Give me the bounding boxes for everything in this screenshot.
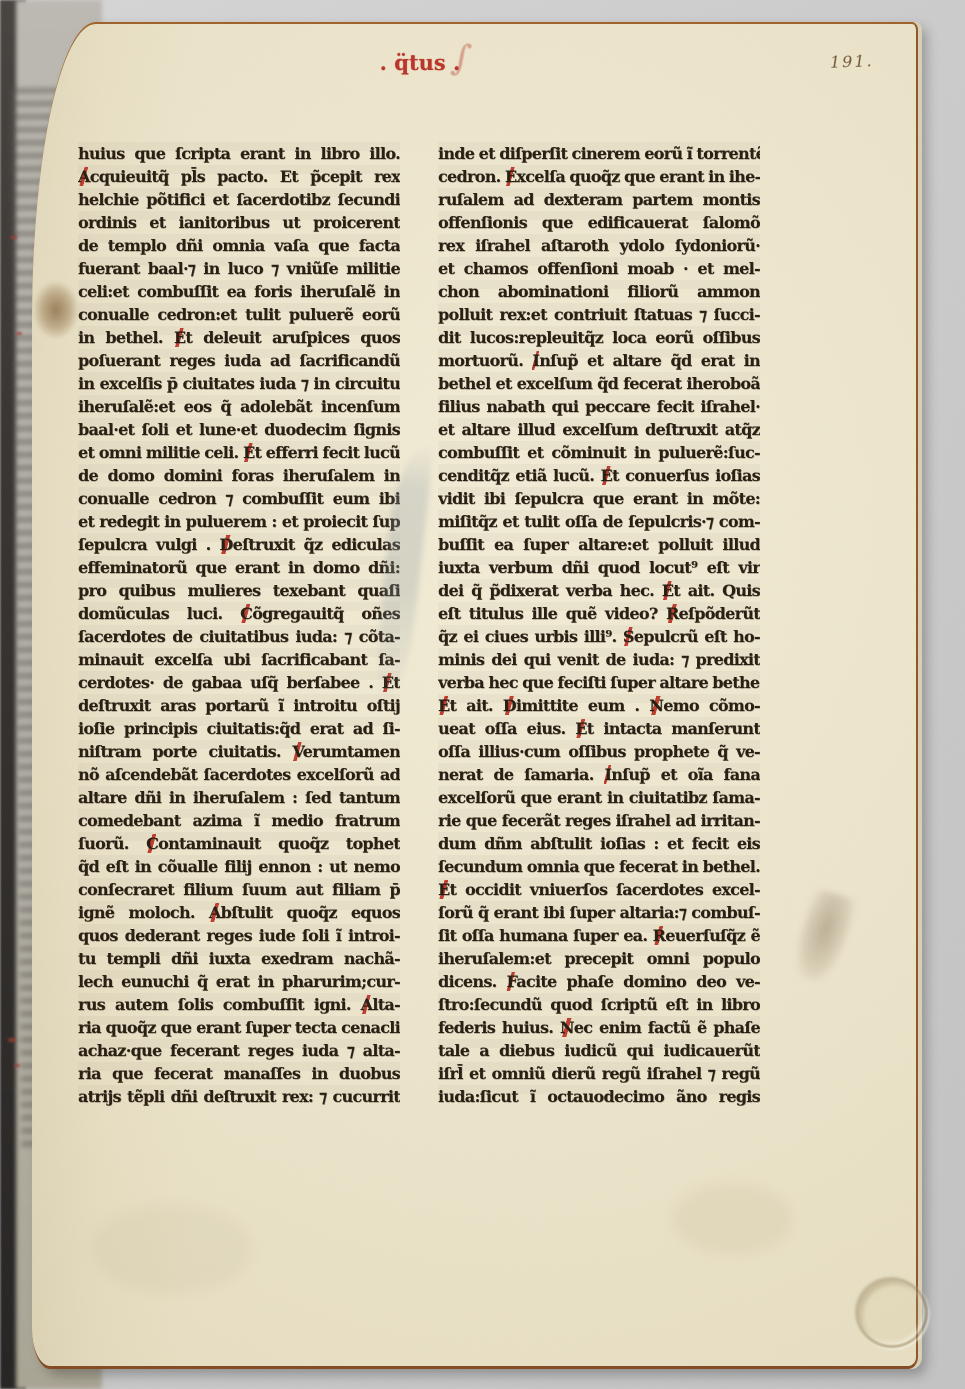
text-line: dei q̃ p̃dixerat verba hec. Et ait. Quis: [438, 579, 760, 602]
text-line: rie que fecerãt reges iſrahel ad irritan…: [438, 809, 760, 832]
text-line: miſitq̃z et tulit oſſa de ſepulcris·⁊ co…: [438, 510, 760, 533]
text-line: ignẽ moloch. Abſtulit quoq̃z equos: [78, 901, 400, 924]
text-line: iheruſalem:et precepit omni populo: [438, 947, 760, 970]
text-line: effeminatorũ que erant in domo dñi:: [78, 556, 400, 579]
rubricated-initial: S: [623, 627, 634, 646]
rubricated-initial: R: [653, 926, 666, 945]
text-line: cenditq̃z etiã lucũ. Et conuerſus ioſias: [438, 464, 760, 487]
rubricated-initial: E: [438, 880, 450, 899]
text-line: federis huius. Nec enim factũ ẽ phaſe: [438, 1016, 760, 1039]
rubricated-initial: E: [438, 696, 450, 715]
red-fleck: [14, 1064, 20, 1067]
text-line: nõ aſcendebãt ſacerdotes excelſorũ ad: [78, 763, 400, 786]
rubricated-initial: I: [532, 351, 539, 370]
text-line: pro quibus mulieres texebant quaſi: [78, 579, 400, 602]
text-line: buſſit ea ſuper altare:et polluit illud: [438, 533, 760, 556]
rubricated-initial: D: [503, 696, 516, 715]
text-line: q̃d eſt in cõualle filij ennon : ut nemo: [78, 855, 400, 878]
text-line: bethel et excelſum q̃d fecerat iheroboã: [438, 372, 760, 395]
text-line: rex iſrahel aſtaroth ydolo ſydoniorũ·: [438, 234, 760, 257]
rubricated-initial: E: [662, 581, 674, 600]
text-line: Et ait. Dimittite eum . Nemo cõmo-: [438, 694, 760, 717]
text-line: ioſie principis ciuitatis:q̃d erat ad ſi…: [78, 717, 400, 740]
vellum-page: . q̈tus . ∫ 191. huius que ſcripta erant…: [32, 22, 918, 1369]
text-line: conualle cedron:et tulit puluerẽ eorũ: [78, 303, 400, 326]
text-line: nerat de ſamaria. Inſup̃ et oĩa fana: [438, 763, 760, 786]
rubricated-initial: C: [240, 604, 252, 623]
text-line: eſt titulus ille quẽ video? Reſpõderũt: [438, 602, 760, 625]
text-line: iuda:ſicut ĩ octauodecimo ãno regis: [438, 1085, 760, 1108]
text-line: ſepulcra vulgi . Deſtruxit q̃z ediculas: [78, 533, 400, 556]
faint-stain: [672, 1184, 792, 1254]
text-line: celi:et combuſſit ea foris iheruſalẽ in: [78, 280, 400, 303]
text-line: offenſionis que edificauerat ſalomõ: [438, 211, 760, 234]
text-line: dit lucos:repleuitq̃z loca eorũ oſſibus: [438, 326, 760, 349]
text-line: tale a diebus iudicũ qui iudicauerũt: [438, 1039, 760, 1062]
rubricated-initial: C: [146, 834, 158, 853]
rubricated-initial: E: [575, 719, 587, 738]
text-line: et redegit in puluerem : et proiecit ſup: [78, 510, 400, 533]
text-line: et chamos offenſioni moab · et mel-: [438, 257, 760, 280]
text-line: dicens. Facite phaſe domino deo ve-: [438, 970, 760, 993]
text-line: ſit oſſa humana ſuper ea. Reuerſuſq̃z ẽ: [438, 924, 760, 947]
text-line: ordinis et ianitoribus ut proicerent: [78, 211, 400, 234]
text-line: q̃z ei ciues urbis illi⁹. Sepulcrũ eſt h…: [438, 625, 760, 648]
text-column-right: inde et diſperſit cinerem eorũ ĩ torrent…: [438, 142, 760, 1108]
rubricated-initial: D: [219, 535, 232, 554]
blind-stamp-circle: [856, 1278, 928, 1348]
text-line: conualle cedron ⁊ combuſſit eum ibi: [78, 487, 400, 510]
red-fleck: [10, 236, 17, 239]
text-line: ria quoq̃z que erant ſuper tecta cenacli: [78, 1016, 400, 1039]
text-line: fuerant baal·⁊ in luco ⁊ vniũſe militie: [78, 257, 400, 280]
rubricated-initial: A: [209, 903, 221, 922]
text-line: chon abominationi filiorũ ammon: [438, 280, 760, 303]
text-line: combuſſit et cõminuit in puluerẽ:ſuc-: [438, 441, 760, 464]
text-line: mortuorũ. Inſup̃ et altare q̃d erat in: [438, 349, 760, 372]
text-line: polluit rex:et contriuit ſtatuas ⁊ ſucci…: [438, 303, 760, 326]
text-line: excelſorũ que erant in ciuitatibz ſama-: [438, 786, 760, 809]
text-column-left: huius que ſcripta erant in libro illo.Ac…: [78, 142, 400, 1108]
text-line: oſſa illius·cum oſſibus prophete q̃ ve-: [438, 740, 760, 763]
faint-stain: [92, 1204, 252, 1294]
text-line: in bethel. Et deleuit aruſpices quos: [78, 326, 400, 349]
text-line: de domo domini foras iheruſalem in: [78, 464, 400, 487]
wormhole-stain: [34, 282, 78, 338]
text-line: minis dei qui venit de iuda: ⁊ predixit: [438, 648, 760, 671]
text-line: minauit excelſa ubi ſacrificabant ſa-: [78, 648, 400, 671]
red-fleck: [16, 332, 22, 335]
rubricated-initial: E: [243, 443, 255, 462]
text-line: altare dñi in iheruſalem : ſed tantum: [78, 786, 400, 809]
text-line: ſtro:ſecundũ quod ſcriptũ eſt in libro: [438, 993, 760, 1016]
text-line: helchie põtifici et ſacerdotibz ſecundi: [78, 188, 400, 211]
text-line: conſecraret filium ſuum aut filiam p̄: [78, 878, 400, 901]
text-line: tu templi dñi iuxta exedram nachã-: [78, 947, 400, 970]
rubricated-initial: F: [506, 972, 516, 991]
text-line: lech eunuchi q̃ erat in pharurim;cur-: [78, 970, 400, 993]
folio-number: 191.: [830, 51, 874, 72]
photo-backdrop: . q̈tus . ∫ 191. huius que ſcripta erant…: [0, 0, 965, 1389]
brown-smudge-stain: [787, 887, 859, 987]
text-line: ria que fecerat manaſſes in duobus: [78, 1062, 400, 1085]
text-line: quos dederant reges iude ſoli ĩ introi-: [78, 924, 400, 947]
text-line: ſorũ q̃ erant ibi ſuper altaria:⁊ combuſ…: [438, 901, 760, 924]
text-line: filius nabath qui peccare fecit iſrahel·: [438, 395, 760, 418]
text-line: inde et diſperſit cinerem eorũ ĩ torrent…: [438, 142, 760, 165]
text-line: iheruſalẽ:et eos q̃ adolebãt incenſum: [78, 395, 400, 418]
rubricated-initial: N: [649, 696, 663, 715]
text-line: dum dñm abſtulit ioſias : et fecit eis: [438, 832, 760, 855]
text-line: Acquieuitq̃ pl̄s pacto. Et p̃cepit rex: [78, 165, 400, 188]
text-line: ueat oſſa eius. Et intacta manſerunt: [438, 717, 760, 740]
text-line: Et occidit vniuerſos ſacerdotes excel-: [438, 878, 760, 901]
rubricated-initial: R: [666, 604, 679, 623]
text-line: poſuerant reges iuda ad ſacrificandũ: [78, 349, 400, 372]
text-line: cerdotes· de gabaa uſq̃ berſabee . Et: [78, 671, 400, 694]
text-line: comedebant azima ĩ medio fratrum: [78, 809, 400, 832]
text-line: iuxta verbum dñi quod locut⁹ eſt vir: [438, 556, 760, 579]
text-line: ruſalem ad dexteram partem montis: [438, 188, 760, 211]
text-line: de templo dñi omnia vaſa que facta: [78, 234, 400, 257]
text-line: iſrl̄ et omniũ dierũ regũ iſrahel ⁊ regũ: [438, 1062, 760, 1085]
text-line: rus autem ſolis combuſſit igni. Alta-: [78, 993, 400, 1016]
text-line: cedron. Excelſa quoq̃z que erant in ihe-: [438, 165, 760, 188]
rubricated-initial: E: [505, 167, 517, 186]
rubricated-initial: A: [78, 167, 90, 186]
rubricated-initial: I: [604, 765, 611, 784]
text-line: ſacerdotes de ciuitatibus iuda: ⁊ cõta-: [78, 625, 400, 648]
text-line: achaz·que fecerant reges iuda ⁊ alta-: [78, 1039, 400, 1062]
rubricated-initial: N: [560, 1018, 574, 1037]
text-line: atrijs tẽpli dñi deſtruxit rex: ⁊ cucurr…: [78, 1085, 400, 1108]
text-line: baal·et ſoli et lune·et duodecim ſignis: [78, 418, 400, 441]
text-line: vidit ibi ſepulcra que erant in mõte:: [438, 487, 760, 510]
text-line: verba hec que feciſti ſuper altare bethe…: [438, 671, 760, 694]
rubricated-initial: E: [601, 466, 613, 485]
red-fleck: [8, 1038, 16, 1042]
rubricated-initial: A: [361, 995, 373, 1014]
text-line: et altare illud excelſum deſtruxit atq̃z: [438, 418, 760, 441]
text-line: ſecundum omnia que fecerat in bethel.: [438, 855, 760, 878]
text-line: domũculas luci. Cõgregauitq̃ oñes: [78, 602, 400, 625]
text-line: ſuorũ. Contaminauit quoq̃z tophet: [78, 832, 400, 855]
text-line: deſtruxit aras portarũ ĩ introitu oſtij: [78, 694, 400, 717]
text-line: et omni militie celi. Et efferri fecit l…: [78, 441, 400, 464]
rubricated-initial: E: [174, 328, 186, 347]
rubricated-initial: V: [292, 742, 302, 761]
text-line: niſtram porte ciuitatis. Verumtamen: [78, 740, 400, 763]
text-line: in excelſis p̄ ciuitates iuda ⁊ in circu…: [78, 372, 400, 395]
text-line: huius que ſcripta erant in libro illo.: [78, 142, 400, 165]
